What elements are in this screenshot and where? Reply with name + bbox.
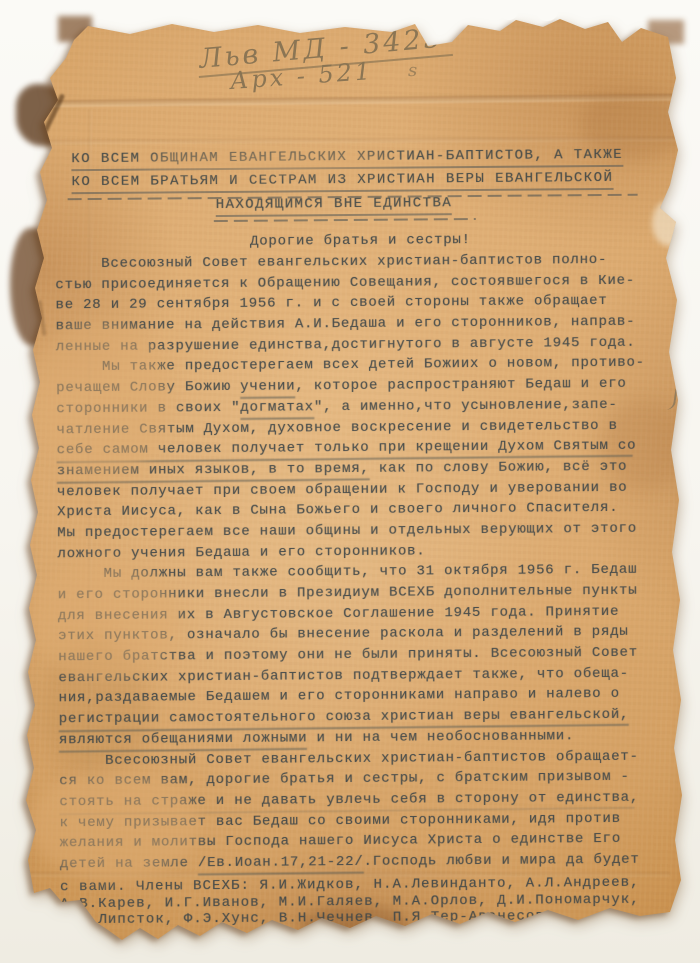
ink-fade-patch <box>30 770 200 880</box>
signature-block: с вами. Члены ВСЕХБ: Я.И.Жидков, Н.А.Лев… <box>60 875 640 929</box>
scanned-page-background: Льв МД - 3425 Арх - 521 s КО ВСЕМ ОБЩИНА… <box>0 0 700 963</box>
paper-hole <box>536 2 558 21</box>
paper-hole <box>500 2 518 20</box>
document-title-line-2: КО ВСЕМ БРАТЬЯМ И СЕСТРАМ ИЗ ХРИСТИАН ВЕ… <box>71 170 613 194</box>
typed-rule <box>214 218 476 222</box>
ink-fade-patch <box>140 148 400 174</box>
signature-line: И.Я.Липсток, Ф.Э.Хунс, В.Н.Чечнев, П.Я.Т… <box>60 908 640 929</box>
ink-fade-patch <box>30 320 170 480</box>
ink-fade-patch <box>30 560 180 680</box>
salutation: Дорогие братья и сестры! <box>250 230 471 252</box>
document-paper: Льв МД - 3425 Арх - 521 s КО ВСЕМ ОБЩИНА… <box>0 0 700 963</box>
paper-sheet: Льв МД - 3425 Арх - 521 s КО ВСЕМ ОБЩИНА… <box>0 0 700 963</box>
